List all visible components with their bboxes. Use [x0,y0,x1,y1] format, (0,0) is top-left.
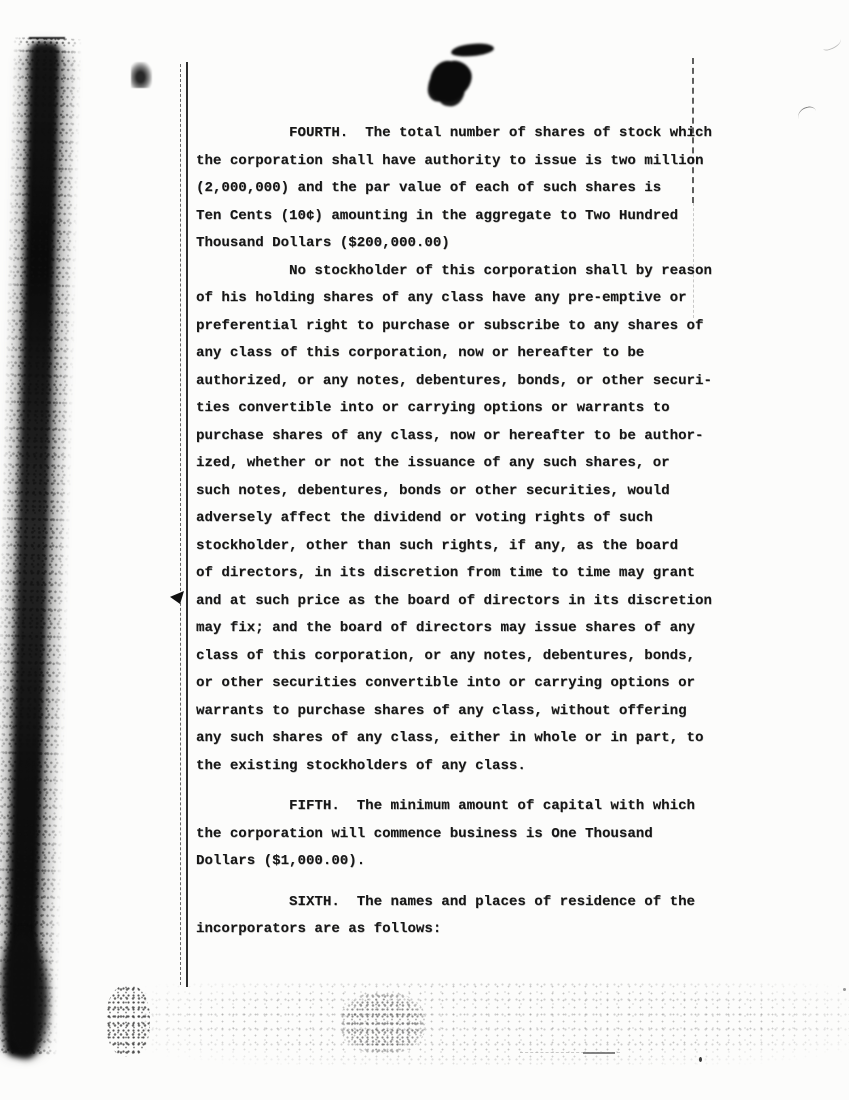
paragraph-fifth: FIFTH. The minimum amount of capital wit… [196,793,712,876]
text-line: Dollars ($1,000.00). [196,848,712,876]
scanned-page: FOURTH. The total number of shares of st… [0,0,849,1100]
text-line: and at such price as the board of direct… [196,588,712,616]
left-border-dashed-line [180,64,181,985]
text-line: Ten Cents (10¢) amounting in the aggrega… [196,203,712,231]
text-line: authorized, or any notes, debentures, bo… [196,368,712,396]
corner-stray-mark [821,37,843,52]
text-line: incorporators are as follows: [196,916,712,944]
text-line: (2,000,000) and the par value of each of… [196,175,712,203]
text-line: the corporation shall have authority to … [196,148,712,176]
text-line: adversely affect the dividend or voting … [196,505,712,533]
margin-arrow-mark [170,591,184,604]
text-line: the existing stockholders of any class. [196,753,712,781]
text-line: SIXTH. The names and places of residence… [196,889,712,917]
stray-dot [843,988,846,991]
text-line: may fix; and the board of directors may … [196,615,712,643]
binding-band-speckle [0,37,82,1058]
ink-blot-large [427,59,470,105]
text-line: of directors, in its discretion from tim… [196,560,712,588]
text-line: preferential right to purchase or subscr… [196,313,712,341]
text-line: of his holding shares of any class have … [196,285,712,313]
text-line: the corporation will commence business i… [196,821,712,849]
text-line: ties convertible into or carrying option… [196,395,712,423]
paragraph-sixth: SIXTH. The names and places of residence… [196,889,712,944]
bottom-dash-segment [583,1052,615,1054]
document-text: FOURTH. The total number of shares of st… [196,120,712,944]
left-border-solid-line [186,62,188,987]
text-line: any such shares of any class, either in … [196,725,712,753]
bottom-noise-band [140,983,849,1065]
ink-blot-small [451,42,495,58]
text-line: ized, whether or not the issuance of any… [196,450,712,478]
squiggle-mark [796,105,817,119]
paragraph-fourth: FOURTH. The total number of shares of st… [196,120,712,258]
text-line: FIFTH. The minimum amount of capital wit… [196,793,712,821]
smudge-dot [131,62,152,88]
text-line: such notes, debentures, bonds or other s… [196,478,712,506]
text-line: class of this corporation, or any notes,… [196,643,712,671]
text-line: warrants to purchase shares of any class… [196,698,712,726]
paragraph-no-preemptive-rights: No stockholder of this corporation shall… [196,258,712,781]
text-line: or other securities convertible into or … [196,670,712,698]
stray-dot [699,1057,702,1062]
text-line: No stockholder of this corporation shall… [196,258,712,286]
text-line: any class of this corporation, now or he… [196,340,712,368]
text-line: FOURTH. The total number of shares of st… [196,120,712,148]
text-line: stockholder, other than such rights, if … [196,533,712,561]
text-line: Thousand Dollars ($200,000.00) [196,230,712,258]
text-line: purchase shares of any class, now or her… [196,423,712,451]
